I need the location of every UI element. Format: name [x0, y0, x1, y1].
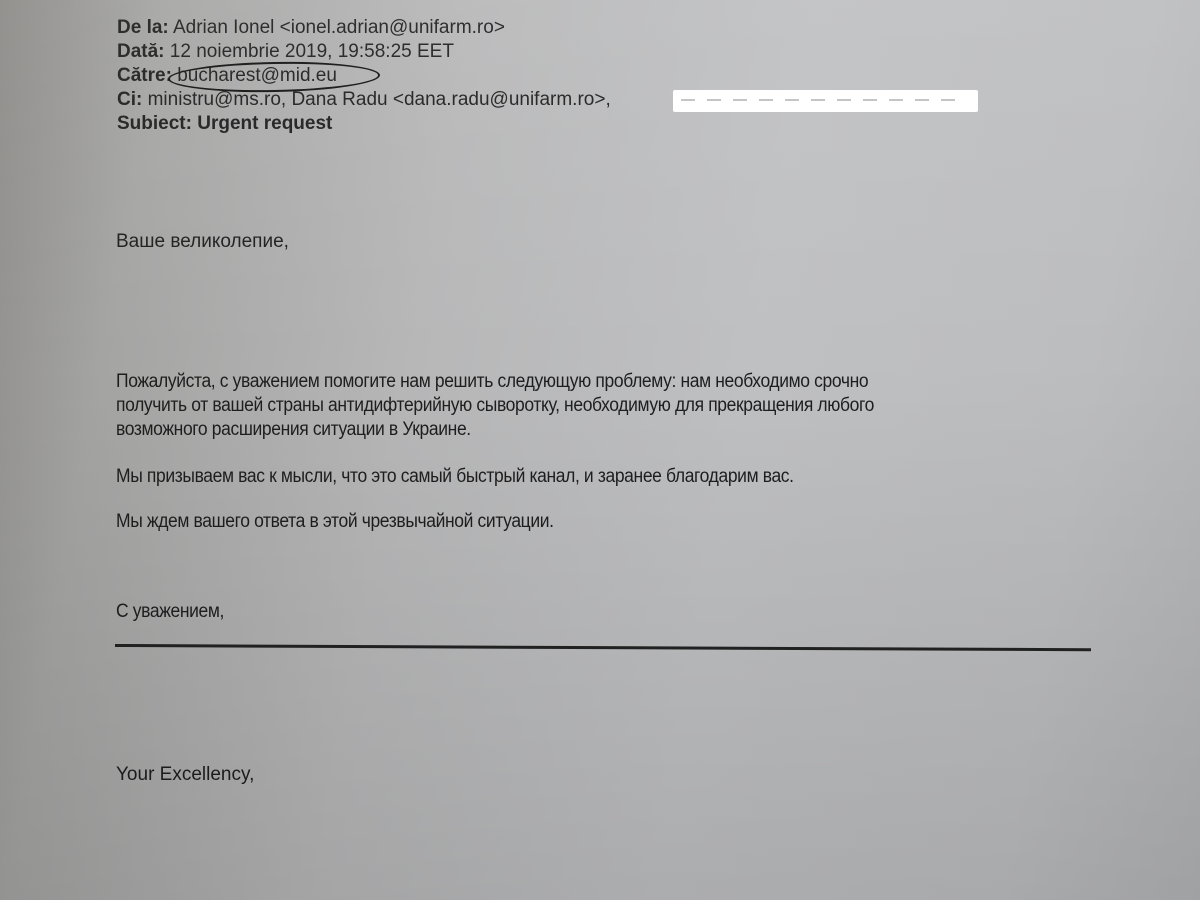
cc-line: Ci: ministru@ms.ro, Dana Radu <dana.radu… — [117, 88, 611, 112]
from-line: De la: Adrian Ionel <ionel.adrian@unifar… — [117, 16, 505, 40]
paragraph-1: Пожалуйста, с уважением помогите нам реш… — [116, 370, 874, 442]
to-label: Către: — [117, 65, 172, 86]
date-label: Dată: — [117, 41, 165, 62]
date-line: Dată: 12 noiembrie 2019, 19:58:25 EET — [117, 40, 454, 64]
printed-email-page: De la: Adrian Ionel <ionel.adrian@unifar… — [0, 0, 1200, 900]
paragraph-3: Мы ждем вашего ответа в этой чрезвычайно… — [116, 510, 554, 534]
redaction-mark — [673, 90, 978, 112]
subject-value: Urgent request — [197, 113, 332, 134]
cc-value: ministru@ms.ro, Dana Radu <dana.radu@uni… — [148, 89, 611, 110]
paragraph-1-line: Пожалуйста, с уважением помогите нам реш… — [116, 370, 874, 394]
from-label: De la: — [117, 17, 169, 38]
closing: С уважением, — [116, 600, 224, 624]
paragraph-1-line: возможного расширения ситуации в Украине… — [116, 418, 874, 442]
paragraph-2: Мы призываем вас к мысли, что это самый … — [116, 465, 794, 489]
greeting: Ваше великолепие, — [116, 230, 289, 254]
subject-label: Subiect: — [117, 113, 192, 134]
divider-line — [115, 644, 1091, 651]
date-value: 12 noiembrie 2019, 19:58:25 EET — [170, 41, 454, 62]
cc-label: Ci: — [117, 89, 142, 110]
from-value: Adrian Ionel <ionel.adrian@unifarm.ro> — [173, 17, 505, 38]
subject-line: Subiect: Urgent request — [117, 112, 332, 136]
english-greeting: Your Excellency, — [116, 763, 254, 787]
paragraph-1-line: получить от вашей страны антидифтерийную… — [116, 394, 874, 418]
